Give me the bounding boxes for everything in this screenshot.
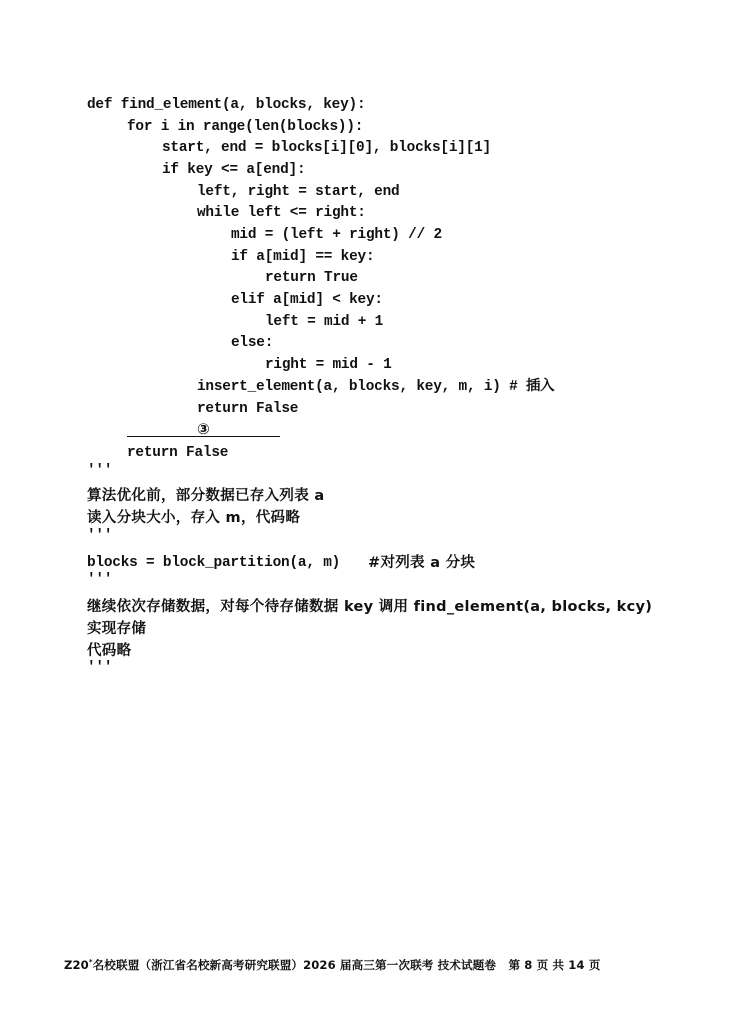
code-line-insert: insert_element(a, blocks, key, m, i) # 插… xyxy=(197,378,554,396)
comment-line-3: 继续依次存储数据，对每个待存储数据 key 调用 find_element(a,… xyxy=(87,598,652,616)
code-line-return-true: return True xyxy=(265,269,358,287)
code-line-left-right: left, right = start, end xyxy=(197,183,399,201)
code-line-while: while left <= right: xyxy=(197,204,366,222)
docstring-open-1: ''' xyxy=(87,462,112,480)
code-line-if-key: if key <= a[end]: xyxy=(162,161,305,179)
code-line-elif: elif a[mid] < key: xyxy=(231,291,383,309)
docstring-close-2: ''' xyxy=(87,659,112,677)
fill-in-blank-line xyxy=(127,436,280,437)
code-line-partition: blocks = block_partition(a, m) xyxy=(87,554,340,572)
code-line-if-equal: if a[mid] == key: xyxy=(231,248,374,266)
footer-org-prefix: Z20 xyxy=(64,958,89,972)
code-line-left-update: left = mid + 1 xyxy=(265,313,383,331)
code-line-else: else: xyxy=(231,334,273,352)
code-line-return-false-outer: return False xyxy=(127,444,228,462)
code-line-for: for i in range(len(blocks)): xyxy=(127,118,363,136)
blank-label-3: ③ xyxy=(197,421,210,437)
comment-line-2: 读入分块大小，存入 m，代码略 xyxy=(87,509,300,527)
page-footer: Z20*名校联盟（浙江省名校新高考研究联盟）2026 届高三第一次联考 技术试题… xyxy=(64,957,600,973)
code-line-return-false-inner: return False xyxy=(197,400,298,418)
docstring-close-1: ''' xyxy=(87,527,112,545)
comment-line-4: 实现存储 xyxy=(87,620,146,638)
partition-comment: #对列表 a 分块 xyxy=(368,554,475,572)
code-line-right-update: right = mid - 1 xyxy=(265,356,392,374)
code-line-start-end: start, end = blocks[i][0], blocks[i][1] xyxy=(162,139,491,157)
comment-line-1: 算法优化前，部分数据已存入列表 a xyxy=(87,487,324,505)
code-line-mid: mid = (left + right) // 2 xyxy=(231,226,442,244)
comment-line-5: 代码略 xyxy=(87,642,131,660)
docstring-open-2: ''' xyxy=(87,571,112,589)
code-line-def: def find_element(a, blocks, key): xyxy=(87,96,365,114)
footer-text: 名校联盟（浙江省名校新高考研究联盟）2026 届高三第一次联考 技术试题卷 第 … xyxy=(93,958,601,972)
